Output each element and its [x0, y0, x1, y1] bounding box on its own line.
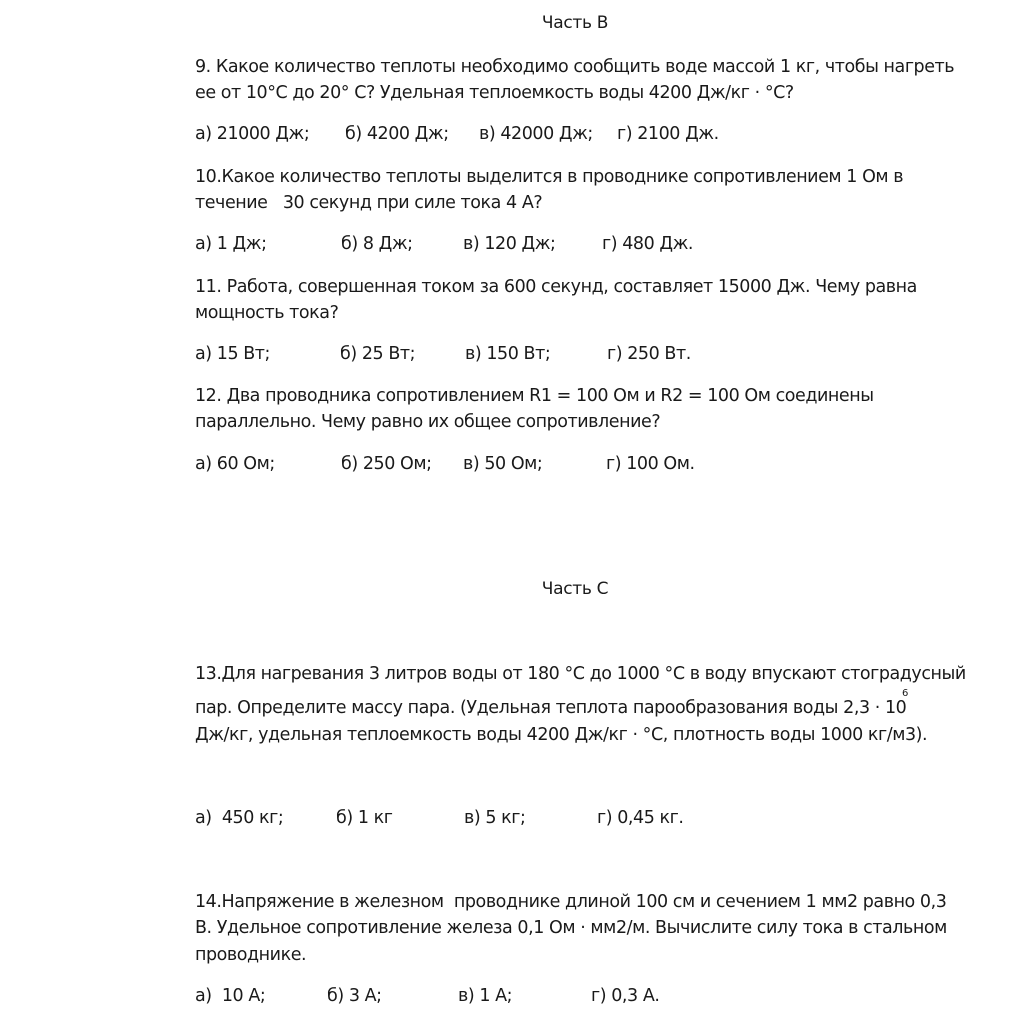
option-d: г) 250 Вт.: [607, 344, 691, 364]
option-c: в) 120 Дж;: [463, 234, 556, 254]
option-b: б) 1 кг: [336, 808, 393, 828]
option-a: а) 1 Дж;: [195, 234, 267, 254]
option-d: г) 0,3 А.: [591, 986, 659, 1006]
question-text-line: мощность тока?: [195, 303, 338, 323]
option-a: а) 60 Ом;: [195, 454, 275, 474]
option-d: г) 0,45 кг.: [597, 808, 684, 828]
option-b: б) 25 Вт;: [340, 344, 415, 364]
question-text-line: 11. Работа, совершенная током за 600 сек…: [195, 277, 917, 297]
part-c-heading: Часть С: [0, 579, 1032, 599]
question-text-line: Дж/кг, удельная теплоемкость воды 4200 Д…: [195, 725, 927, 745]
option-c: в) 50 Ом;: [463, 454, 542, 474]
question-text-line: 10.Какое количество теплоты выделится в …: [195, 167, 903, 187]
option-b: б) 4200 Дж;: [345, 124, 449, 144]
option-b: б) 3 А;: [327, 986, 382, 1006]
part-b-heading: Часть В: [0, 13, 1032, 33]
option-a: а) 450 кг;: [195, 808, 283, 828]
option-b: б) 8 Дж;: [341, 234, 413, 254]
question-text-line: ее от 10°С до 20° С? Удельная теплоемкос…: [195, 83, 794, 103]
exponent-superscript: 6: [902, 688, 908, 699]
option-c: в) 5 кг;: [464, 808, 525, 828]
question-text-line: В. Удельное сопротивление железа 0,1 Ом …: [195, 918, 947, 938]
question-text-line: проводнике.: [195, 945, 306, 965]
option-c: в) 150 Вт;: [465, 344, 550, 364]
question-text-line: 13.Для нагревания 3 литров воды от 180 °…: [195, 664, 966, 684]
option-c: в) 1 А;: [458, 986, 512, 1006]
question-text-line: 12. Два проводника сопротивлением R1 = 1…: [195, 386, 874, 406]
option-c: в) 42000 Дж;: [479, 124, 593, 144]
question-text-line: течение 30 секунд при силе тока 4 А?: [195, 193, 542, 213]
option-d: г) 100 Ом.: [606, 454, 695, 474]
option-a: а) 21000 Дж;: [195, 124, 309, 144]
question-text-line: параллельно. Чему равно их общее сопроти…: [195, 412, 660, 432]
question-text-line: пар. Определите массу пара. (Удельная те…: [195, 698, 906, 718]
option-a: а) 15 Вт;: [195, 344, 270, 364]
option-b: б) 250 Ом;: [341, 454, 432, 474]
option-d: г) 480 Дж.: [602, 234, 693, 254]
option-d: г) 2100 Дж.: [617, 124, 719, 144]
option-a: а) 10 А;: [195, 986, 265, 1006]
question-text-line: 14.Напряжение в железном проводнике длин…: [195, 892, 946, 912]
question-text-line: 9. Какое количество теплоты необходимо с…: [195, 57, 954, 77]
